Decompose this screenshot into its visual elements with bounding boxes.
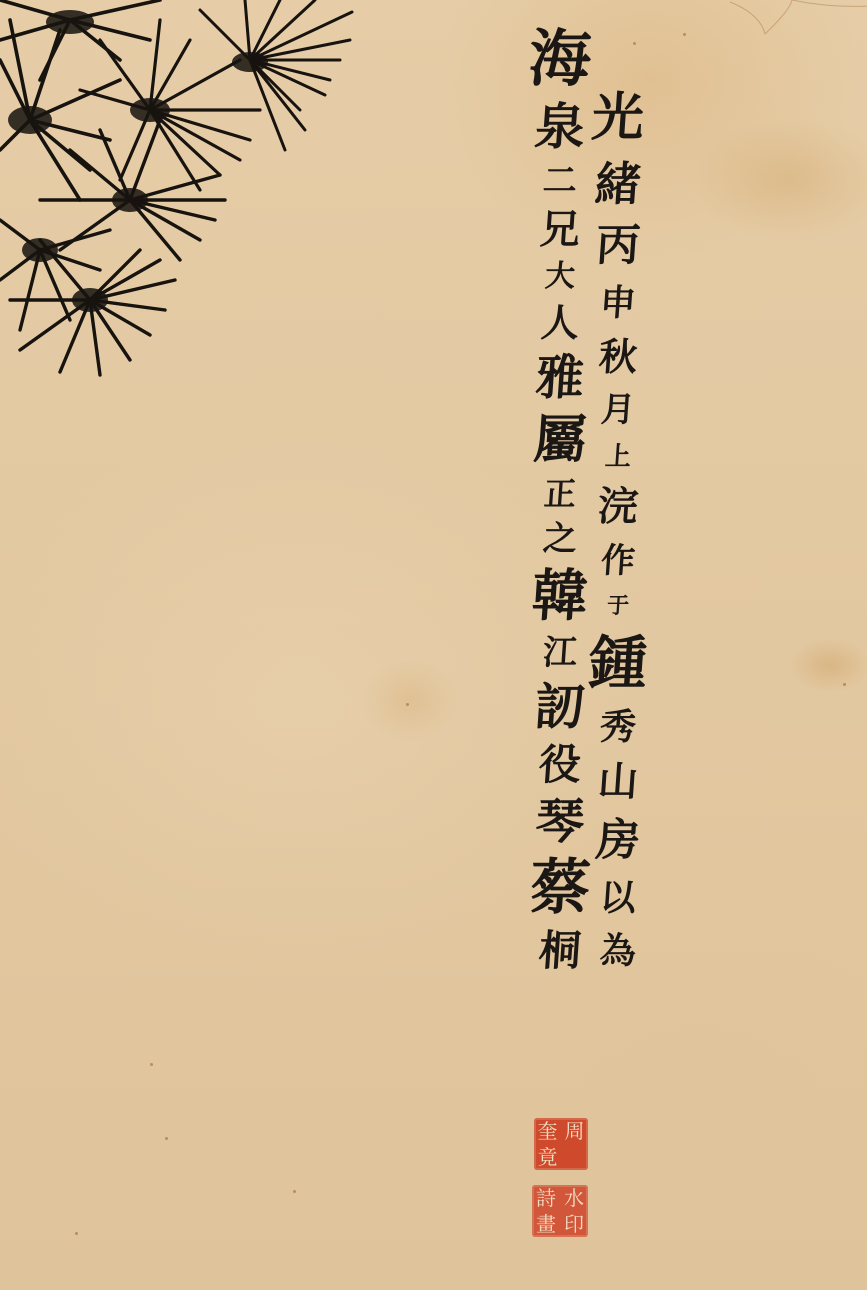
- calligraphy-character: 申: [599, 285, 638, 321]
- paper-speck: [683, 33, 686, 36]
- calligraphy-character: 泉: [533, 102, 586, 152]
- calligraphy-character: 役: [538, 744, 583, 786]
- seal-character: 奎: [538, 1120, 558, 1142]
- red-seal-lower: 詩水畫印: [532, 1185, 588, 1237]
- calligraphy-character: 兄: [539, 210, 582, 250]
- calligraphy-character: 于: [606, 595, 630, 617]
- seal-character: 周: [565, 1120, 585, 1142]
- calligraphy-character: 二: [542, 164, 578, 198]
- calligraphy-character: 之: [542, 522, 578, 556]
- red-seal-upper: 奎周竟: [534, 1118, 588, 1170]
- paper-speck: [406, 703, 409, 706]
- paper-crease: [730, 0, 867, 40]
- seal-characters: 奎周竟: [534, 1118, 588, 1170]
- calligraphy-character: 秀: [599, 709, 638, 745]
- paper-speck: [843, 683, 846, 686]
- calligraphy-character: 緒: [593, 161, 642, 207]
- calligraphy-character: 浣: [597, 487, 640, 527]
- calligraphy-character: 上: [604, 444, 632, 470]
- painting-scroll: 光緒丙申秋月上浣作于鍾秀山房以為 海泉二兄大人雅屬正之韓江訒役琴蔡桐 奎周竟 詩…: [0, 0, 867, 1290]
- calligraphy-character: 房: [594, 819, 641, 863]
- paper-speck: [633, 42, 636, 45]
- calligraphy-character: 秋: [598, 338, 639, 376]
- seal-character: 詩: [536, 1187, 556, 1209]
- paper-speck: [75, 1232, 78, 1235]
- inscription-left-column: 海泉二兄大人雅屬正之韓江訒役琴蔡桐: [520, 28, 600, 984]
- calligraphy-character: 桐: [538, 930, 583, 972]
- seal-character: 竟: [538, 1146, 558, 1168]
- calligraphy-character: 人: [540, 304, 581, 342]
- calligraphy-character: 訒: [533, 682, 586, 732]
- seal-character: 畫: [536, 1213, 556, 1235]
- seal-character: 水: [564, 1187, 584, 1209]
- calligraphy-character: 丙: [594, 224, 641, 268]
- calligraphy-character: 海: [527, 28, 593, 90]
- calligraphy-character: 為: [599, 933, 638, 969]
- calligraphy-character: 雅: [534, 354, 585, 402]
- paper-speck: [293, 1190, 296, 1193]
- calligraphy-character: 蔡: [528, 858, 592, 918]
- calligraphy-character: 韓: [530, 568, 590, 624]
- calligraphy-character: 月: [600, 393, 636, 427]
- calligraphy-character: 屬: [532, 414, 588, 466]
- paper-speck: [165, 1137, 168, 1140]
- calligraphy-character: 作: [600, 544, 636, 578]
- seal-characters: 詩水畫印: [532, 1185, 588, 1237]
- calligraphy-character: 江: [542, 636, 578, 670]
- calligraphy-character: 正: [543, 478, 577, 510]
- calligraphy-character: 以: [599, 880, 638, 916]
- calligraphy-character: 琴: [534, 798, 585, 846]
- calligraphy-character: 大: [544, 262, 576, 292]
- calligraphy-character: 山: [597, 762, 640, 802]
- seal-character: 印: [564, 1213, 584, 1235]
- paper-speck: [150, 1063, 153, 1066]
- pine-branch-painting: [0, 0, 360, 385]
